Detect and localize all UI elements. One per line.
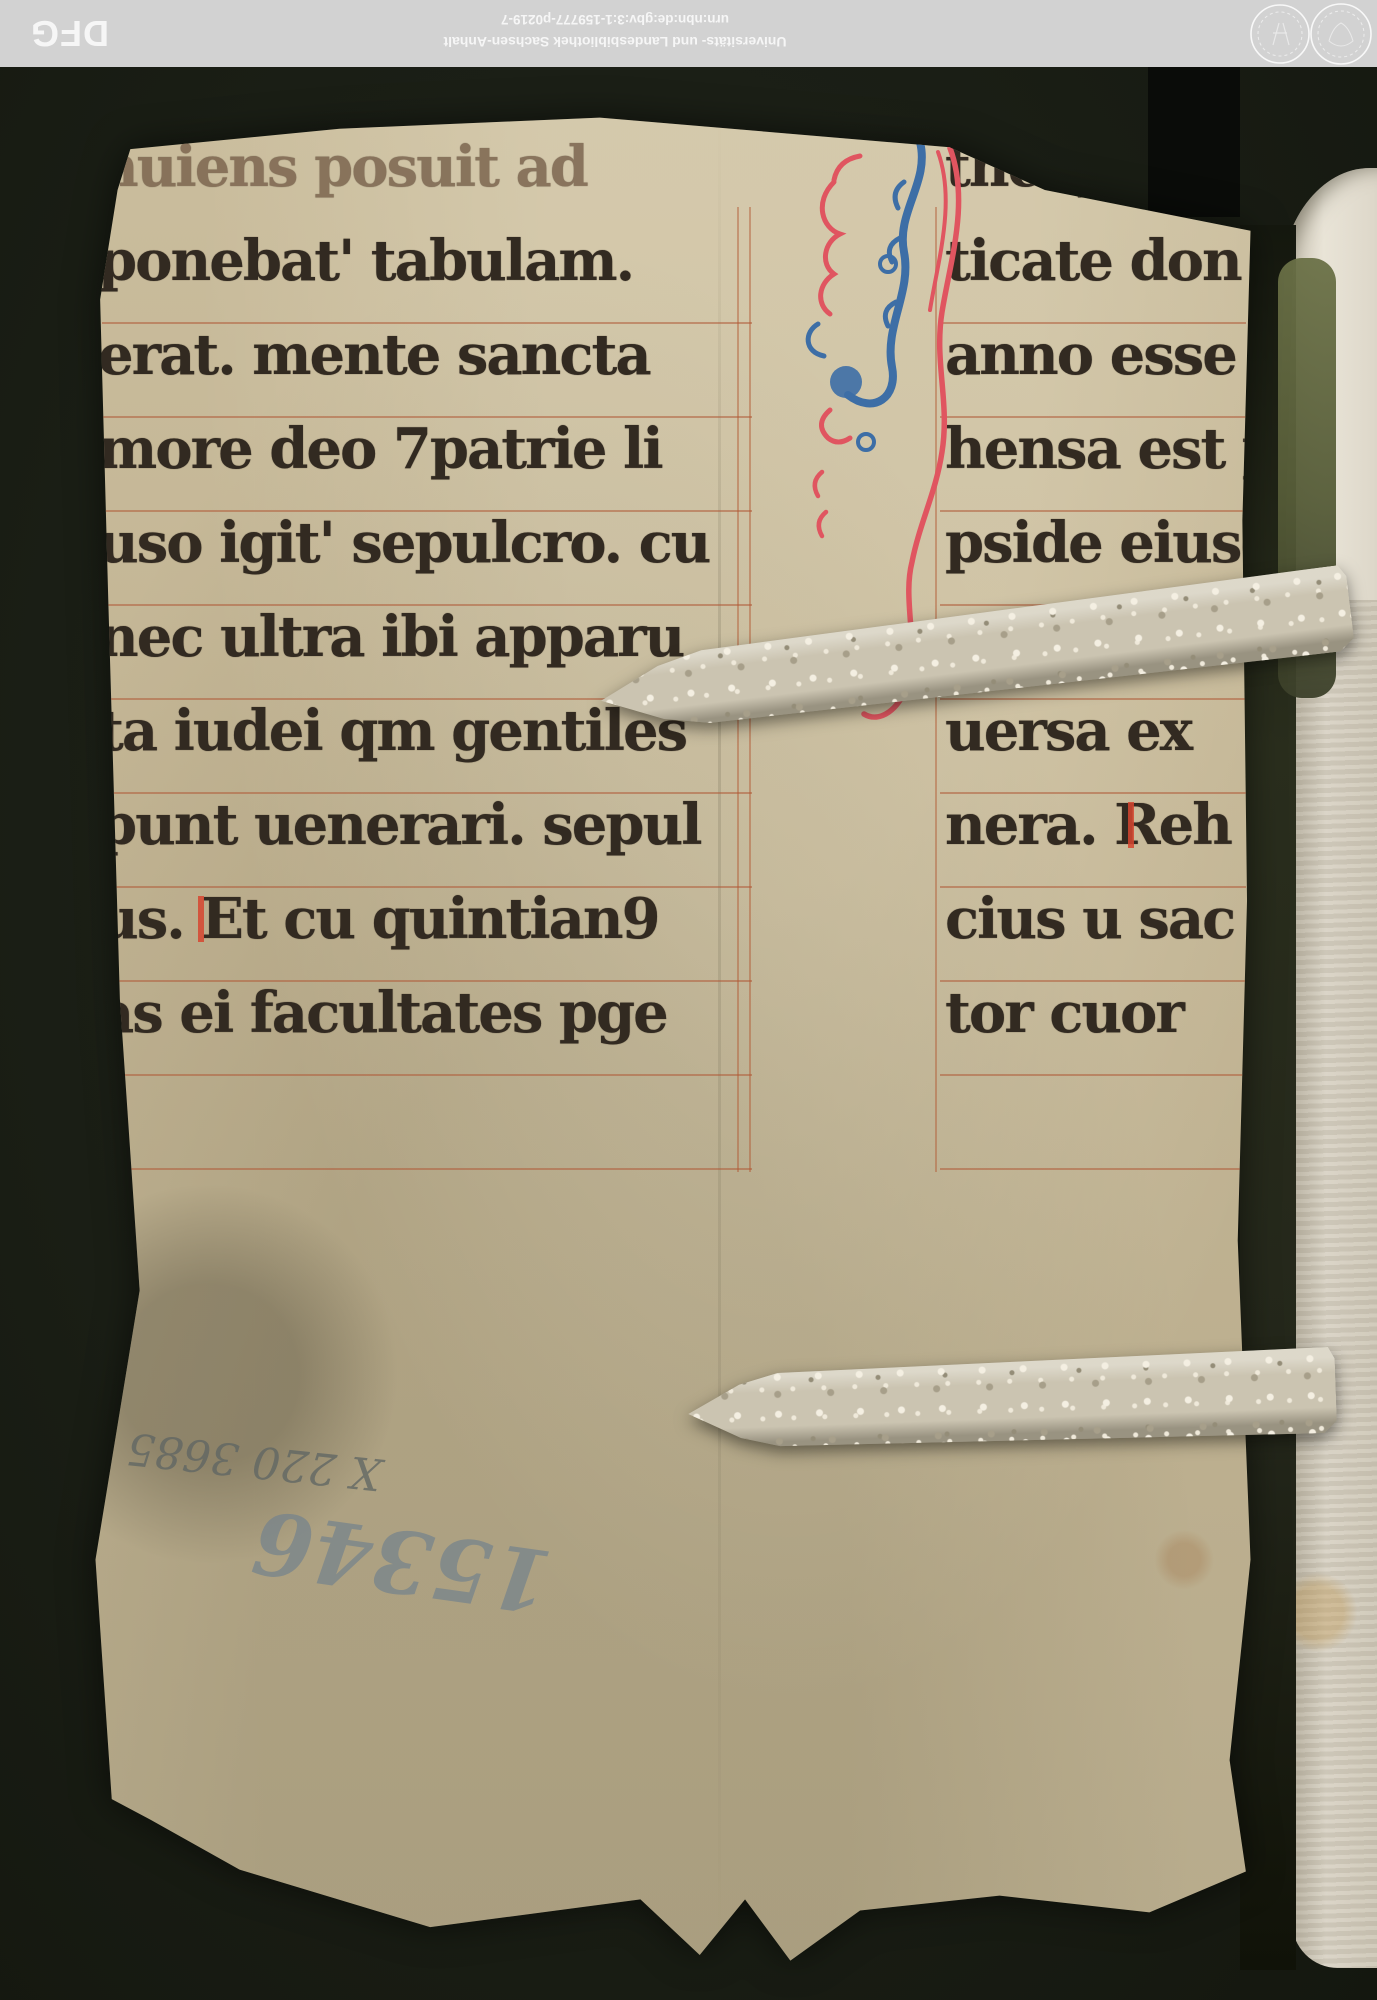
banner-text-block: Universitäts- und Landesbibliothek Sachs… <box>405 8 825 54</box>
manuscript-line: uersa ex <box>945 684 1246 778</box>
manuscript-line: as ei facultates pge <box>98 966 750 1060</box>
rubrication-stroke <box>198 896 204 942</box>
scanner-clamp-shadow <box>1148 67 1240 217</box>
parchment-leaf: nuiens posuit ad ponebat' tabulam. erat.… <box>92 112 1254 1968</box>
manuscript-line: ticate don <box>945 214 1246 308</box>
urn-identifier: urn:nbn:de:gbv:3:1-159777-p0219-7 <box>405 8 825 30</box>
digitized-manuscript-scan: { "banner": { "orientation": "upside-dow… <box>0 0 1377 2000</box>
library-seals <box>1243 0 1377 67</box>
manuscript-line: anno esse <box>945 308 1246 402</box>
manuscript-line: erat. mente sancta <box>98 308 750 402</box>
pencil-number: 15346 <box>217 1486 558 1632</box>
manuscript-line: more deo 7patrie li <box>98 402 750 496</box>
manuscript-line: us. Et cu quintian9 <box>98 872 750 966</box>
library-seal-left-icon <box>1311 4 1371 64</box>
manuscript-line: punt uenerari. sepul <box>98 778 750 872</box>
manuscript-line: uso igit' sepulcro. cu <box>98 496 750 590</box>
library-seal-right-icon <box>1251 5 1309 63</box>
institution-name: Universitäts- und Landesbibliothek Sachs… <box>405 30 825 54</box>
manuscript-line: ponebat' tabulam. <box>98 214 750 308</box>
dfg-logo: DFG <box>30 12 109 54</box>
manuscript-line: tor cuor <box>945 966 1246 1060</box>
book-page-stack <box>1292 600 1377 1968</box>
manuscript-line: hensa est p <box>945 402 1246 496</box>
manuscript-line: pside eiusd <box>945 496 1246 590</box>
manuscript-line: cius u sac <box>945 872 1246 966</box>
library-banner: DFG Universitäts- und Landesbibliothek S… <box>0 0 1377 67</box>
manuscript-line: nera. Reh <box>945 778 1246 872</box>
rubrication-stroke <box>1128 802 1134 848</box>
text-column-left: nuiens posuit ad ponebat' tabulam. erat.… <box>98 120 750 1080</box>
